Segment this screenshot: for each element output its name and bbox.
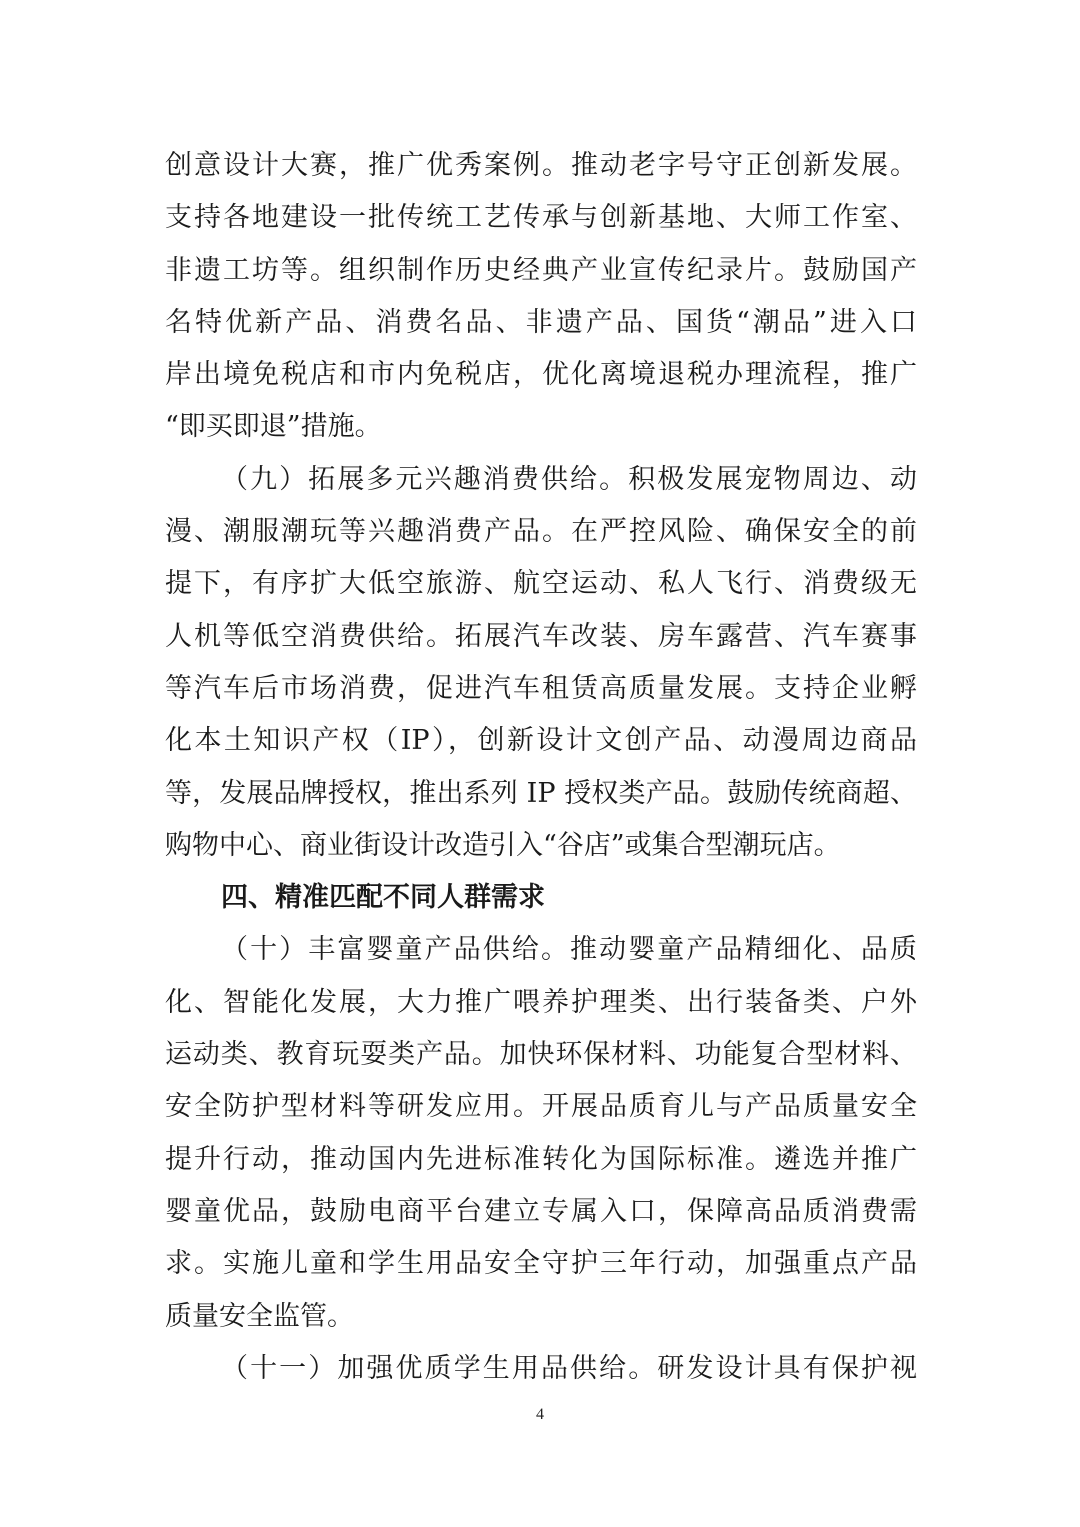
document-page: 创意设计大赛，推广优秀案例。推动老字号守正创新发展。 支持各地建设一批传统工艺传… — [0, 0, 1080, 1527]
paragraph-line: 婴童优品，鼓励电商平台建立专属入口，保障高品质消费需 — [165, 1186, 917, 1238]
paragraph-item-11-line: （十一）加强优质学生用品供给。研发设计具有保护视 — [165, 1343, 917, 1395]
paragraph-line: 化本土知识产权（IP），创新设计文创产品、动漫周边商品 — [165, 715, 917, 767]
paragraph-line: 漫、潮服潮玩等兴趣消费产品。在严控风险、确保安全的前 — [165, 506, 917, 558]
paragraph-line: 运动类、教育玩耍类产品。加快环保材料、功能复合型材料、 — [165, 1029, 917, 1081]
paragraph-line: “即买即退”措施。 — [165, 401, 917, 453]
paragraph-line: 求。实施儿童和学生用品安全守护三年行动，加强重点产品 — [165, 1238, 917, 1290]
paragraph-line: 提下，有序扩大低空旅游、航空运动、私人飞行、消费级无 — [165, 558, 917, 610]
section-heading: 四、精准匹配不同人群需求 — [165, 872, 917, 924]
paragraph-line: 等，发展品牌授权，推出系列 IP 授权类产品。鼓励传统商超、 — [165, 768, 917, 820]
paragraph-item-9-line: （九）拓展多元兴趣消费供给。积极发展宠物周边、动 — [165, 454, 917, 506]
page-number: 4 — [0, 1406, 1080, 1424]
paragraph-line: 非遗工坊等。组织制作历史经典产业宣传纪录片。鼓励国产 — [165, 245, 917, 297]
paragraph-line: 名特优新产品、消费名品、非遗产品、国货“潮品”进入口 — [165, 297, 917, 349]
paragraph-item-10-line: （十）丰富婴童产品供给。推动婴童产品精细化、品质 — [165, 924, 917, 976]
paragraph-line: 购物中心、商业街设计改造引入“谷店”或集合型潮玩店。 — [165, 820, 917, 872]
paragraph-line: 化、智能化发展，大力推广喂养护理类、出行装备类、户外 — [165, 977, 917, 1029]
paragraph-line: 人机等低空消费供给。拓展汽车改装、房车露营、汽车赛事 — [165, 611, 917, 663]
paragraph-line: 提升行动，推动国内先进标准转化为国际标准。遴选并推广 — [165, 1134, 917, 1186]
paragraph-line: 支持各地建设一批传统工艺传承与创新基地、大师工作室、 — [165, 192, 917, 244]
paragraph-line: 等汽车后市场消费，促进汽车租赁高质量发展。支持企业孵 — [165, 663, 917, 715]
body-text: 创意设计大赛，推广优秀案例。推动老字号守正创新发展。 支持各地建设一批传统工艺传… — [165, 140, 917, 1395]
paragraph-line: 质量安全监管。 — [165, 1291, 917, 1343]
paragraph-line: 创意设计大赛，推广优秀案例。推动老字号守正创新发展。 — [165, 140, 917, 192]
paragraph-line: 安全防护型材料等研发应用。开展品质育儿与产品质量安全 — [165, 1081, 917, 1133]
paragraph-line: 岸出境免税店和市内免税店，优化离境退税办理流程，推广 — [165, 349, 917, 401]
